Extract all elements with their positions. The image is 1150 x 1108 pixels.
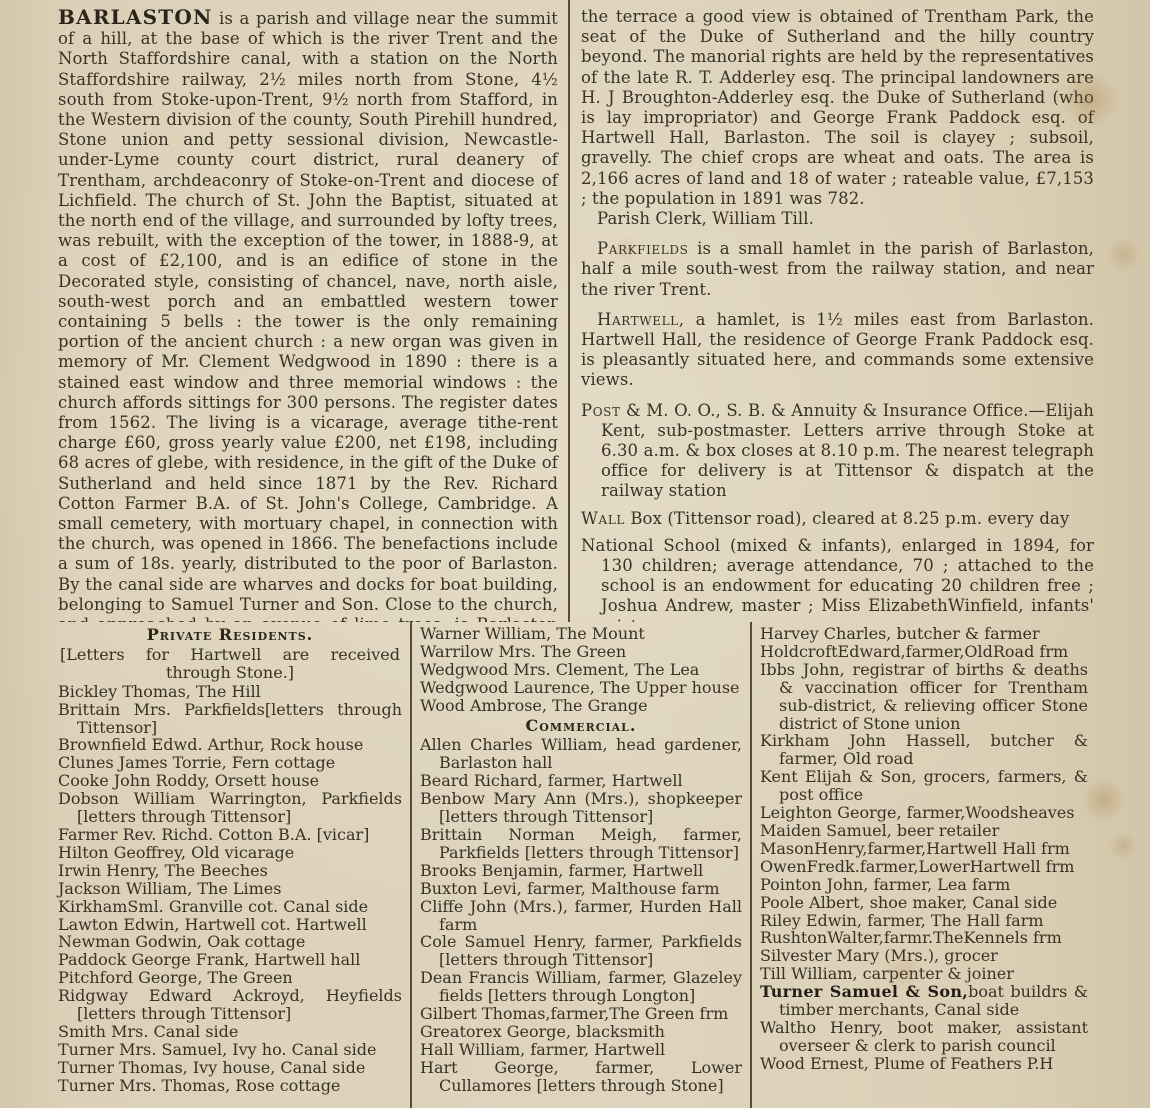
directory-entry: Hall William, farmer, Hartwell [420, 1041, 742, 1059]
directory-entry: Brittain Mrs. Parkfields[letters through… [58, 701, 402, 737]
directory-entry: Dobson William Warrington, Parkfields [l… [58, 790, 402, 826]
directory-entry: Benbow Mary Ann (Mrs.), shopkeeper [lett… [420, 790, 742, 826]
directory-page: BARLASTON is a parish and village near t… [0, 0, 1150, 1108]
directory-entry: Wood Ambrose, The Grange [420, 697, 742, 715]
directory-listings-section: Private Residents. [Letters for Hartwell… [56, 622, 1096, 1108]
directory-entry: Poole Albert, shoe maker, Canal side [760, 894, 1088, 912]
directory-entry: Jackson William, The Limes [58, 880, 402, 898]
commercial-header: Commercial. [420, 717, 742, 735]
article-paragraph-parkfields: Parkfields is a small hamlet in the pari… [581, 239, 1094, 300]
directory-entry: Ibbs John, registrar of births & deaths … [760, 661, 1088, 733]
place-name-heading: BARLASTON [58, 5, 212, 29]
post-office-text: & M. O. O., S. B. & Annuity & Insurance … [601, 401, 1094, 501]
directory-entry: Brooks Benjamin, farmer, Hartwell [420, 862, 742, 880]
commercial-continued-list: Harvey Charles, butcher & farmerHoldcrof… [760, 625, 1088, 1073]
directory-entry: Dean Francis William, farmer, Glazeley f… [420, 969, 742, 1005]
post-office-lead: Post [581, 401, 621, 420]
directory-entry: Leighton George, farmer,Woodsheaves [760, 804, 1088, 822]
directory-entry: Cole Samuel Henry, farmer, Parkfields [l… [420, 933, 742, 969]
directory-entry: Till William, carpenter & joiner [760, 965, 1088, 983]
directory-entry: Waltho Henry, boot maker, assistant over… [760, 1019, 1088, 1055]
directory-entry: Smith Mrs. Canal side [58, 1023, 402, 1041]
directory-entry: Wood Ernest, Plume of Feathers P.H [760, 1055, 1088, 1073]
directory-entry: Wedgwood Laurence, The Upper house [420, 679, 742, 697]
directory-entry: Brownfield Edwd. Arthur, Rock house [58, 736, 402, 754]
directory-entry: Paddock George Frank, Hartwell hall [58, 951, 402, 969]
directory-entry: Newman Godwin, Oak cottage [58, 933, 402, 951]
directory-entry: Wedgwood Mrs. Clement, The Lea [420, 661, 742, 679]
private-residents-header: Private Residents. [58, 626, 402, 644]
directory-entry: Pitchford George, The Green [58, 969, 402, 987]
article-right-column: the terrace a good view is obtained of T… [570, 0, 1096, 622]
article-paragraph-continued: the terrace a good view is obtained of T… [581, 7, 1094, 209]
directory-entry: Greatorex George, blacksmith [420, 1023, 742, 1041]
hartwell-letters-note: [Letters for Hartwell are received throu… [58, 646, 402, 682]
article-left-column: BARLASTON is a parish and village near t… [56, 0, 570, 622]
post-office-paragraph: Post & M. O. O., S. B. & Annuity & Insur… [581, 401, 1094, 502]
directory-entry: Cliffe John (Mrs.), farmer, Hurden Hall … [420, 898, 742, 934]
commercial-list: Allen Charles William, head gardener, Ba… [420, 736, 742, 1094]
fox-stain [1108, 832, 1138, 860]
directory-entry: Gilbert Thomas,farmer,The Green frm [420, 1005, 742, 1023]
directory-entry: Hilton Geoffrey, Old vicarage [58, 844, 402, 862]
national-school-paragraph: National School (mixed & infants), enlar… [581, 536, 1094, 622]
directory-entry: Clunes James Torrie, Fern cottage [58, 754, 402, 772]
directory-entry: Riley Edwin, farmer, The Hall farm [760, 912, 1088, 930]
directory-entry: Kirkham John Hassell, butcher & farmer, … [760, 732, 1088, 768]
wall-box-text: Box (Tittensor road), cleared at 8.25 p.… [625, 509, 1069, 528]
directory-entry: Cooke John Roddy, Orsett house [58, 772, 402, 790]
directory-entry: Hart George, farmer, Lower Cullamores [l… [420, 1059, 742, 1095]
directory-entry: HoldcroftEdward,farmer,OldRoad frm [760, 643, 1088, 661]
directory-entry: Buxton Levi, farmer, Malthouse farm [420, 880, 742, 898]
directory-entry: Beard Richard, farmer, Hartwell [420, 772, 742, 790]
directory-entry: Turner Thomas, Ivy house, Canal side [58, 1059, 402, 1077]
directory-entry: Harvey Charles, butcher & farmer [760, 625, 1088, 643]
directory-entry: Turner Mrs. Thomas, Rose cottage [58, 1077, 402, 1095]
parish-clerk-line: Parish Clerk, William Till. [581, 209, 1094, 229]
article-paragraph-hartwell: Hartwell, a hamlet, is 1½ miles east fro… [581, 310, 1094, 391]
wall-box-paragraph: Wall Box (Tittensor road), cleared at 8.… [581, 509, 1094, 529]
private-residents-list: Bickley Thomas, The HillBrittain Mrs. Pa… [58, 683, 402, 1095]
directory-entry: Lawton Edwin, Hartwell cot. Hartwell [58, 916, 402, 934]
private-residents-column: Private Residents. [Letters for Hartwell… [56, 622, 412, 1108]
directory-entry: Maiden Samuel, beer retailer [760, 822, 1088, 840]
directory-entry: RushtonWalter,farmr.TheKennels frm [760, 929, 1088, 947]
hartwell-lead: Hartwell, [597, 310, 685, 329]
directory-entry: Pointon John, farmer, Lea farm [760, 876, 1088, 894]
commercial-column-continued: Harvey Charles, butcher & farmerHoldcrof… [752, 622, 1096, 1108]
parkfields-lead: Parkfields [597, 239, 688, 258]
directory-entry: Bickley Thomas, The Hill [58, 683, 402, 701]
directory-entry: Turner Mrs. Samuel, Ivy ho. Canal side [58, 1041, 402, 1059]
directory-entry: Turner Samuel & Son,boat buildrs & timbe… [760, 983, 1088, 1019]
directory-entry: MasonHenry,farmer,Hartwell Hall frm [760, 840, 1088, 858]
residents-continued-list: Warner William, The MountWarrilow Mrs. T… [420, 625, 742, 715]
directory-entry: Allen Charles William, head gardener, Ba… [420, 736, 742, 772]
wall-box-lead: Wall [581, 509, 625, 528]
directory-entry: Warrilow Mrs. The Green [420, 643, 742, 661]
fox-stain [1106, 238, 1142, 272]
directory-entry: Ridgway Edward Ackroyd, Heyfields [lette… [58, 987, 402, 1023]
directory-entry: Silvester Mary (Mrs.), grocer [760, 947, 1088, 965]
directory-entry: Warner William, The Mount [420, 625, 742, 643]
article-paragraph-barlaston: BARLASTON is a parish and village near t… [58, 7, 558, 622]
article-section: BARLASTON is a parish and village near t… [56, 0, 1096, 622]
commercial-column: Warner William, The MountWarrilow Mrs. T… [412, 622, 752, 1108]
directory-entry: OwenFredk.farmer,LowerHartwell frm [760, 858, 1088, 876]
directory-entry: Farmer Rev. Richd. Cotton B.A. [vicar] [58, 826, 402, 844]
article-body-text: is a parish and village near the summit … [58, 9, 558, 622]
directory-entry: Kent Elijah & Son, grocers, farmers, & p… [760, 768, 1088, 804]
entry-bold-name: Turner Samuel & Son, [760, 982, 968, 1001]
directory-entry: Irwin Henry, The Beeches [58, 862, 402, 880]
directory-entry: KirkhamSml. Granville cot. Canal side [58, 898, 402, 916]
directory-entry: Brittain Norman Meigh, farmer, Parkfield… [420, 826, 742, 862]
